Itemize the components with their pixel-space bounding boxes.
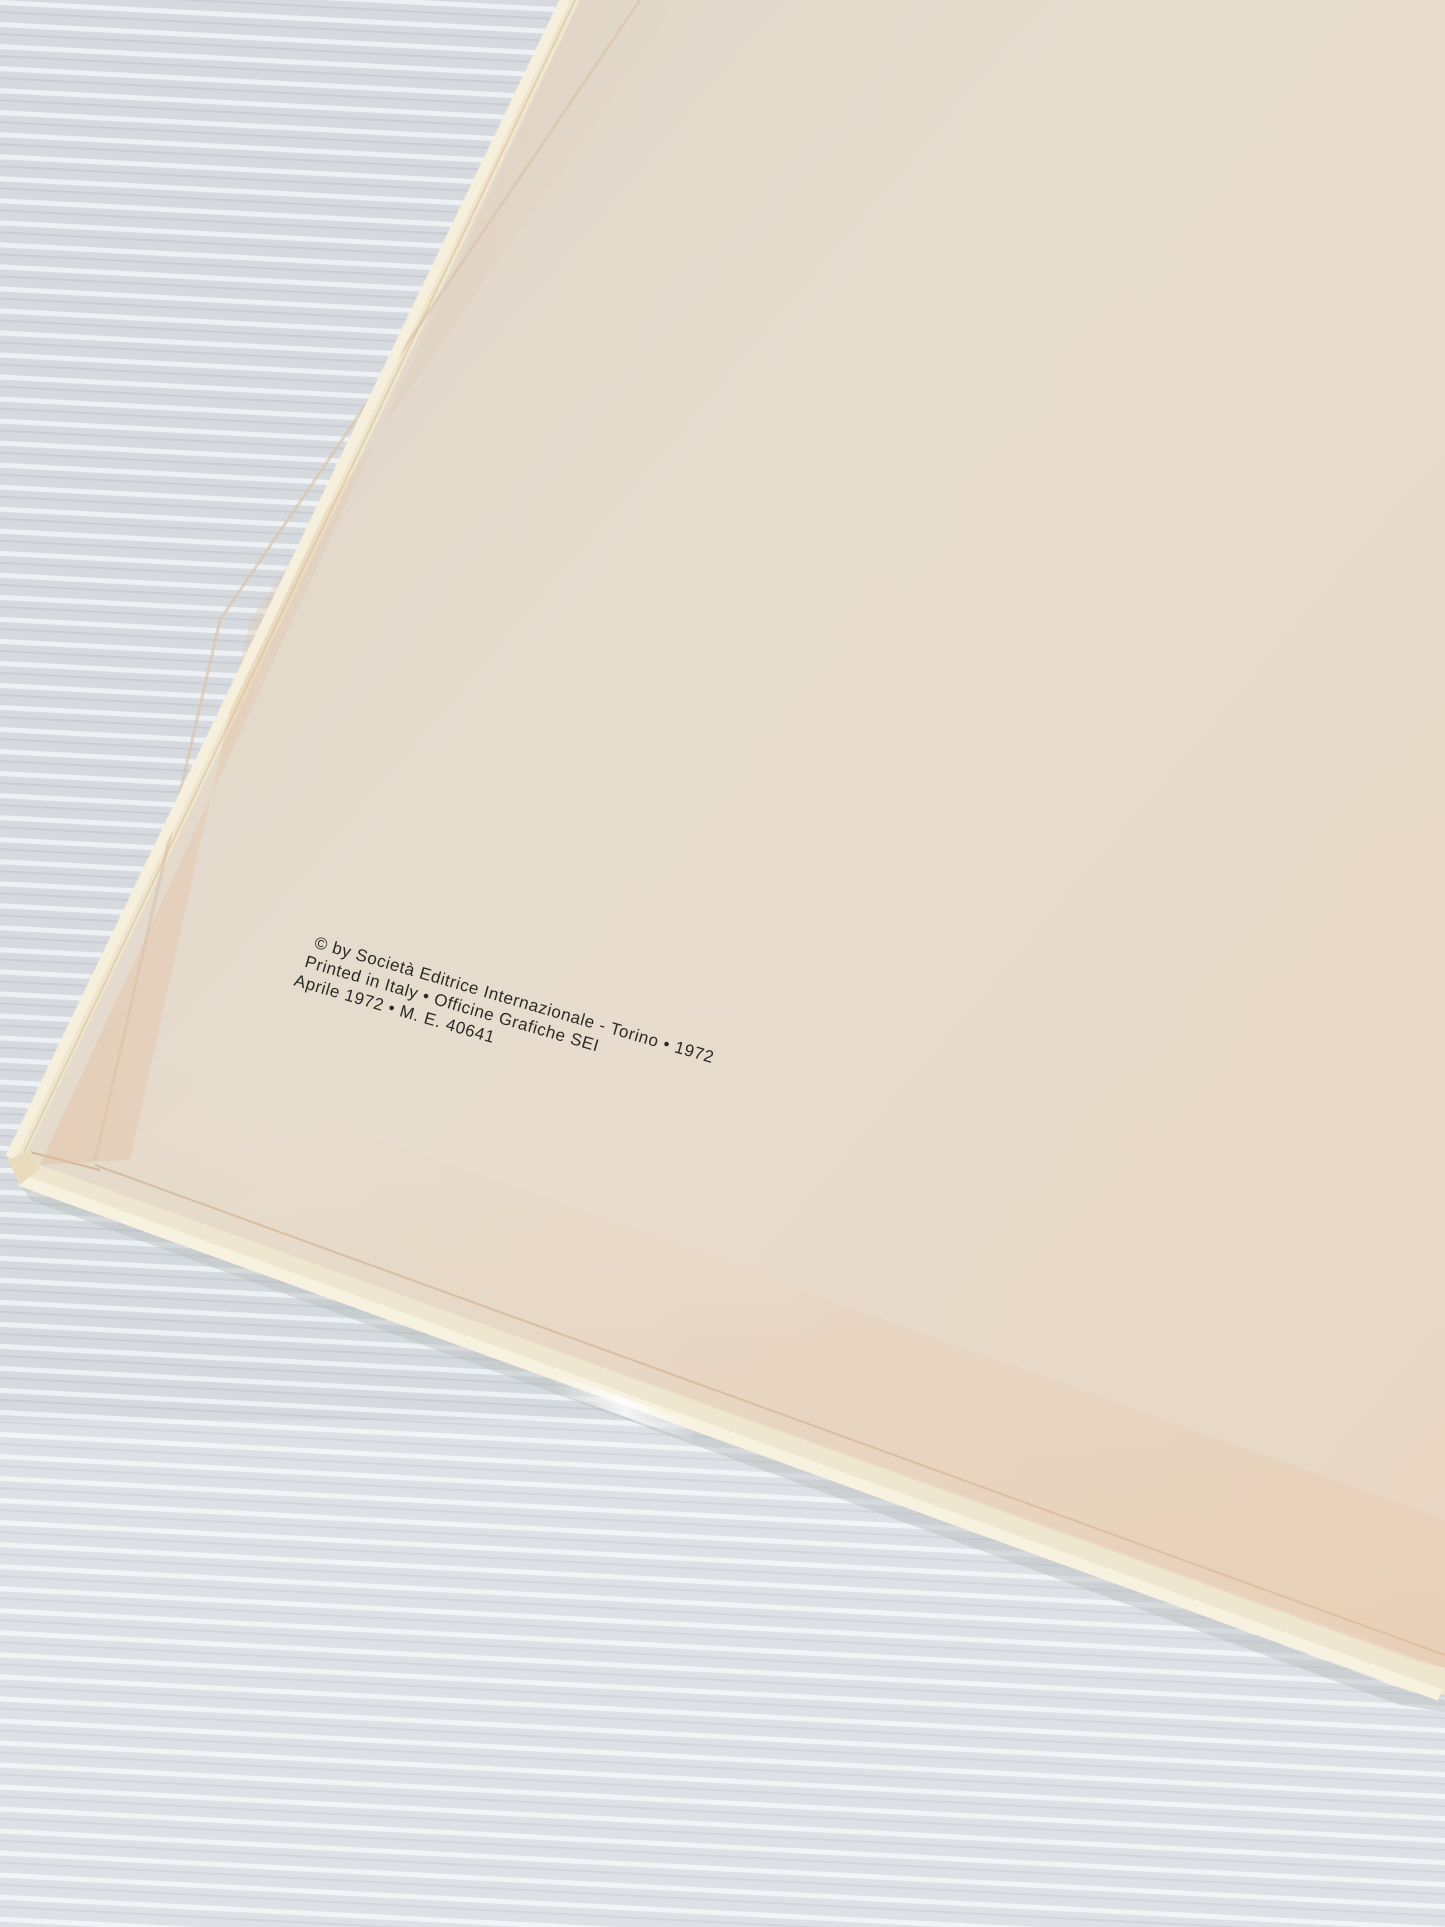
photo-scene: [0, 0, 1445, 1927]
